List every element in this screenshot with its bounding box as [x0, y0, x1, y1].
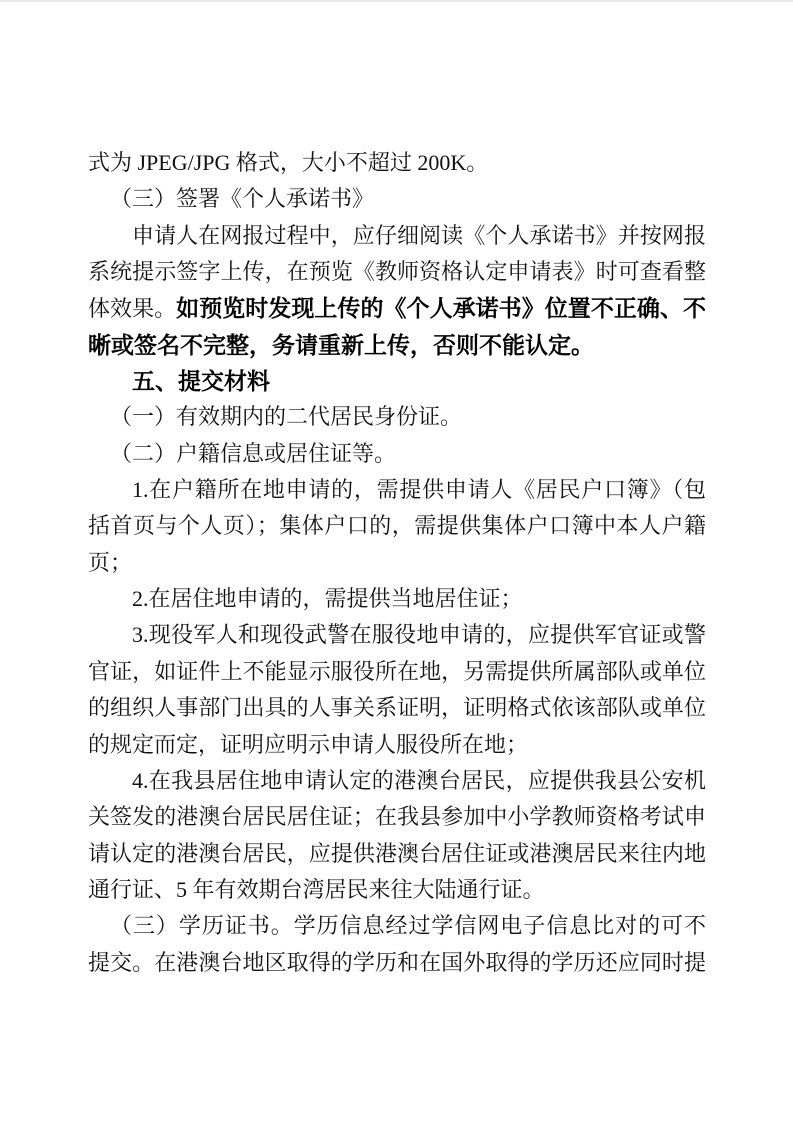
text-segment: 通行证、5 年有效期台湾居民来往大陆通行证。 [88, 877, 545, 902]
text-segment: 2.在居住地申请的，需提供当地居住证； [132, 586, 523, 611]
text-line: （一）有效期内的二代居民身份证。 [88, 399, 706, 435]
text-segment: 3.现役军人和现役武警在服役地申请的，应提供军官证或警 [132, 622, 706, 647]
text-segment: （一）有效期内的二代居民身份证。 [110, 404, 462, 429]
text-segment: 请认定的港澳台居民，应提供港澳台居住证或港澳居民来往内地 [88, 841, 706, 866]
text-segment: 如预览时发现上传的《个人承诺书》位置不正确、不清 [88, 295, 706, 326]
text-line: 2.在居住地申请的，需提供当地居住证； [88, 581, 706, 617]
text-segment: 页； [88, 550, 132, 575]
text-segment: （二）户籍信息或居住证等。 [110, 441, 396, 466]
text-segment: （三）签署《个人承诺书》 [110, 186, 374, 211]
text-segment: 关签发的港澳台居民居住证；在我县参加中小学教师资格考试申 [88, 804, 706, 829]
text-segment: 括首页与个人页）；集体户口的，需提供集体户口簿中本人户籍 [88, 513, 706, 538]
text-line: 式为 JPEG/JPG 格式，大小不超过 200K。 [88, 145, 706, 181]
text-segment: 申请人在网报过程中，应仔细阅读《个人承诺书》并按网报 [132, 223, 706, 248]
text-line: 的组织人事部门出具的人事关系证明，证明格式依该部队或单位 [88, 690, 706, 726]
text-line: 页； [88, 545, 706, 581]
text-segment: 1.在户籍所在地申请的，需提供申请人《居民户口簿》（包 [132, 477, 706, 502]
text-segment: 晰或签名不完整，务请重新上传，否则不能认定。 [88, 332, 594, 358]
text-segment: 的组织人事部门出具的人事关系证明，证明格式依该部队或单位 [88, 695, 706, 720]
text-line: 通行证、5 年有效期台湾居民来往大陆通行证。 [88, 872, 706, 908]
text-segment: 体效果。 [88, 296, 176, 321]
text-line: 4.在我县居住地申请认定的港澳台居民，应提供我县公安机 [88, 763, 706, 799]
text-segment: 提交。在港澳台地区取得的学历和在国外取得的学历还应同时提 [88, 950, 706, 975]
text-line: 关签发的港澳台居民居住证；在我县参加中小学教师资格考试申 [88, 799, 706, 835]
document-body: 式为 JPEG/JPG 格式，大小不超过 200K。（三）签署《个人承诺书》申请… [88, 145, 706, 981]
text-line: 1.在户籍所在地申请的，需提供申请人《居民户口簿》（包 [88, 472, 706, 508]
text-segment: 官证，如证件上不能显示服役所在地，另需提供所属部队或单位 [88, 659, 706, 684]
text-line: 请认定的港澳台居民，应提供港澳台居住证或港澳居民来往内地 [88, 836, 706, 872]
text-line: 申请人在网报过程中，应仔细阅读《个人承诺书》并按网报 [88, 218, 706, 254]
text-line: 3.现役军人和现役武警在服役地申请的，应提供军官证或警 [88, 617, 706, 653]
text-segment: 式为 JPEG/JPG 格式，大小不超过 200K。 [88, 150, 488, 175]
text-segment: 五、提交材料 [132, 368, 270, 394]
text-line: 的规定而定，证明应明示申请人服役所在地； [88, 727, 706, 763]
text-segment: 系统提示签字上传，在预览《教师资格认定申请表》时可查看整 [88, 259, 706, 284]
text-segment: （三）学历证书。学历信息经过学信网电子信息比对的可不 [110, 913, 706, 938]
text-segment: 的规定而定，证明应明示申请人服役所在地； [88, 732, 528, 757]
text-line: 五、提交材料 [88, 363, 706, 399]
text-line: （三）学历证书。学历信息经过学信网电子信息比对的可不 [88, 908, 706, 944]
text-line: （三）签署《个人承诺书》 [88, 181, 706, 217]
text-line: 提交。在港澳台地区取得的学历和在国外取得的学历还应同时提 [88, 945, 706, 981]
text-line: 官证，如证件上不能显示服役所在地，另需提供所属部队或单位 [88, 654, 706, 690]
text-line: 系统提示签字上传，在预览《教师资格认定申请表》时可查看整 [88, 254, 706, 290]
text-line: 晰或签名不完整，务请重新上传，否则不能认定。 [88, 327, 706, 363]
text-segment: 4.在我县居住地申请认定的港澳台居民，应提供我县公安机 [132, 768, 706, 793]
text-line: 括首页与个人页）；集体户口的，需提供集体户口簿中本人户籍 [88, 508, 706, 544]
text-line: （二）户籍信息或居住证等。 [88, 436, 706, 472]
document-page: 式为 JPEG/JPG 格式，大小不超过 200K。（三）签署《个人承诺书》申请… [0, 0, 793, 1122]
text-line: 体效果。如预览时发现上传的《个人承诺书》位置不正确、不清 [88, 290, 706, 326]
